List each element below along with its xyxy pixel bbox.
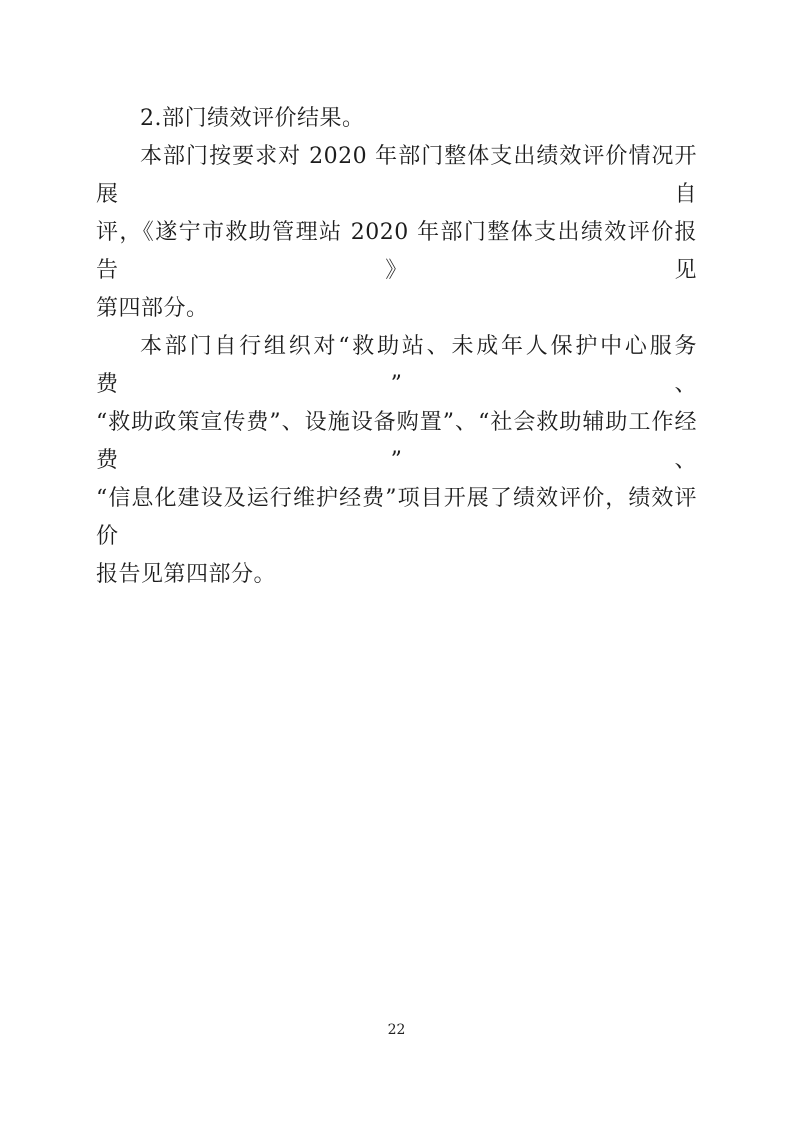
document-page: 2.部门绩效评价结果。 本部门按要求对 2020 年部门整体支出绩效评价情况开展… — [0, 0, 793, 1122]
paragraph-1-line-3: 第四部分。 — [96, 290, 697, 328]
paragraph-1-line-2: 评，《遂宁市救助管理站 2020 年部门整体支出绩效评价报告》见 — [96, 214, 697, 290]
page-number: 22 — [0, 1022, 793, 1038]
paragraph-2-line-2: “救助政策宣传费”、设施设备购置”、“社会救助辅助工作经费”、 — [96, 404, 697, 480]
paragraph-2-line-1: 本部门自行组织对“救助站、未成年人保护中心服务费”、 — [96, 328, 697, 404]
section-heading: 2.部门绩效评价结果。 — [96, 100, 697, 138]
paragraph-1-line-1: 本部门按要求对 2020 年部门整体支出绩效评价情况开展自 — [96, 138, 697, 214]
paragraph-2-line-3: “信息化建设及运行维护经费”项目开展了绩效评价，绩效评价 — [96, 480, 697, 556]
document-body: 2.部门绩效评价结果。 本部门按要求对 2020 年部门整体支出绩效评价情况开展… — [96, 100, 697, 594]
paragraph-2-line-4: 报告见第四部分。 — [96, 556, 697, 594]
